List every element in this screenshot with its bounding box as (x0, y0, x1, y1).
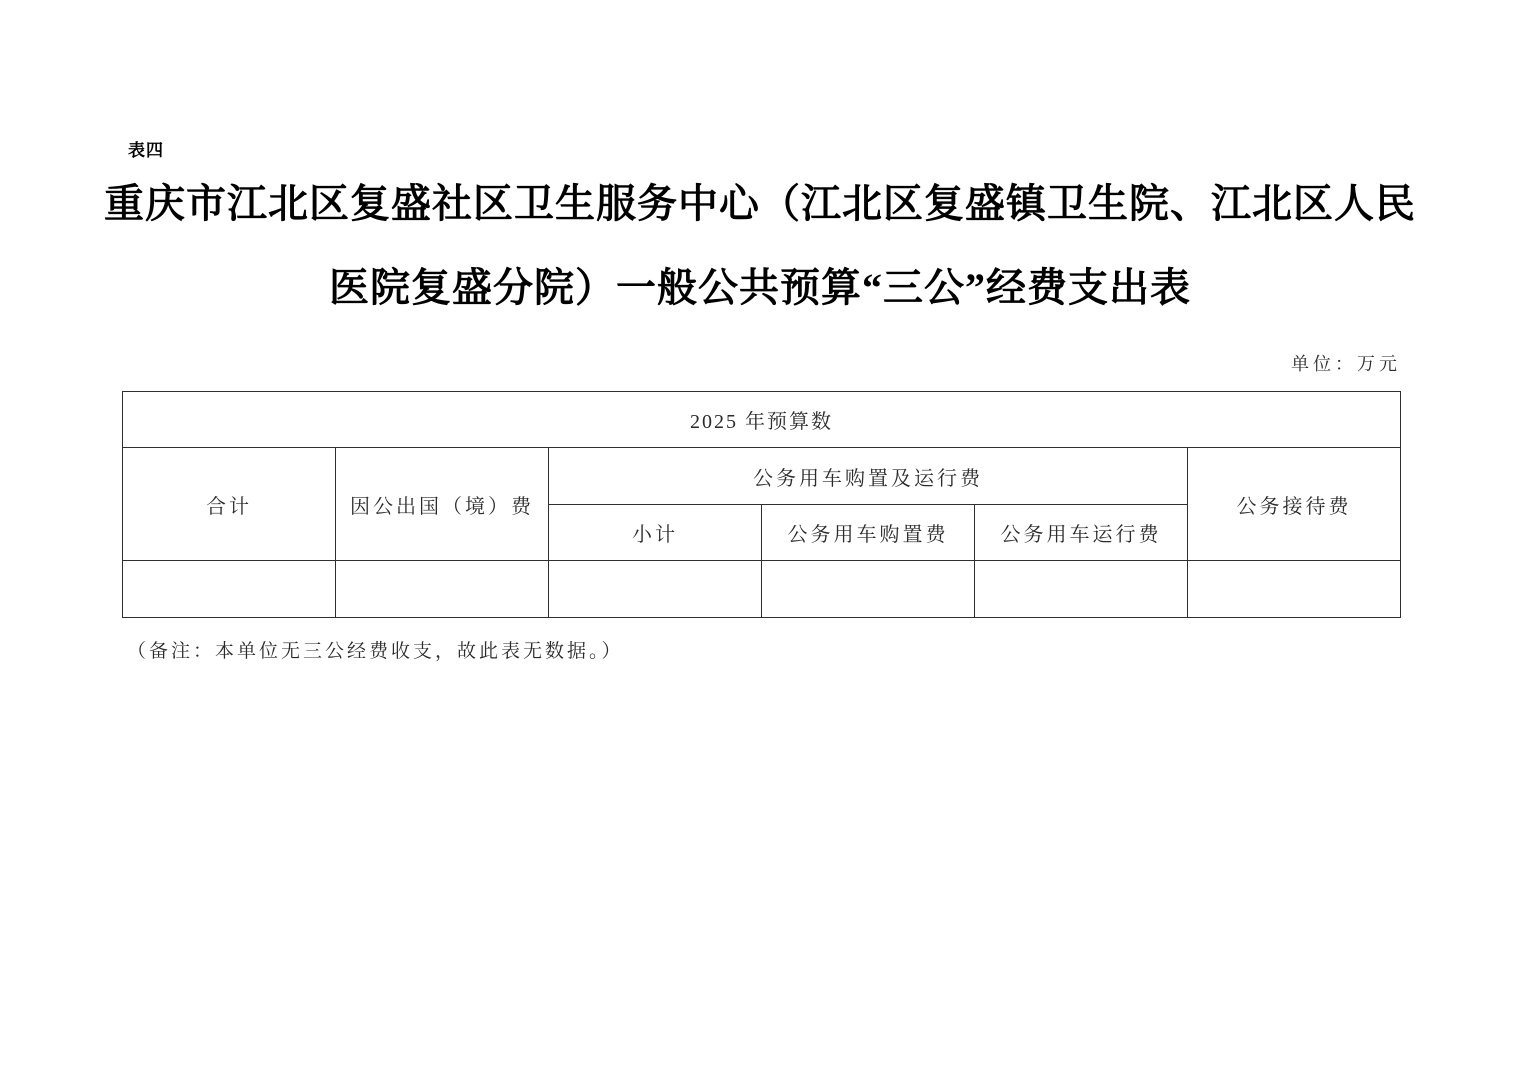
document-title-line2: 医院复盛分院）一般公共预算“三公”经费支出表 (60, 246, 1460, 330)
data-cell-vehicle-purchase (762, 561, 975, 618)
header-vehicle-operation: 公务用车运行费 (975, 505, 1188, 561)
budget-table: 2025 年预算数 合计 因公出国（境）费 公务用车购置及运行费 公务接待费 小… (122, 391, 1401, 618)
data-cell-abroad (336, 561, 549, 618)
header-total: 合计 (123, 448, 336, 561)
footnote: （备注：本单位无三公经费收支，故此表无数据。） (127, 636, 624, 663)
header-reception: 公务接待费 (1188, 448, 1401, 561)
year-header-row: 2025 年预算数 (123, 392, 1401, 448)
document-title: 重庆市江北区复盛社区卫生服务中心（江北区复盛镇卫生院、江北区人民 医院复盛分院）… (60, 162, 1460, 330)
data-cell-vehicle-operation (975, 561, 1188, 618)
table-number-label: 表四 (128, 136, 164, 161)
year-header-cell: 2025 年预算数 (123, 392, 1401, 448)
data-cell-reception (1188, 561, 1401, 618)
header-row-1: 合计 因公出国（境）费 公务用车购置及运行费 公务接待费 (123, 448, 1401, 505)
data-row (123, 561, 1401, 618)
header-abroad: 因公出国（境）费 (336, 448, 549, 561)
unit-label: 单位：万元 (122, 350, 1401, 376)
document-title-line1: 重庆市江北区复盛社区卫生服务中心（江北区复盛镇卫生院、江北区人民 (60, 162, 1460, 246)
data-cell-total (123, 561, 336, 618)
header-vehicle-group: 公务用车购置及运行费 (549, 448, 1188, 505)
header-vehicle-purchase: 公务用车购置费 (762, 505, 975, 561)
document-page: 表四 重庆市江北区复盛社区卫生服务中心（江北区复盛镇卫生院、江北区人民 医院复盛… (0, 0, 1520, 1074)
header-vehicle-subtotal: 小计 (549, 505, 762, 561)
data-cell-vehicle-subtotal (549, 561, 762, 618)
